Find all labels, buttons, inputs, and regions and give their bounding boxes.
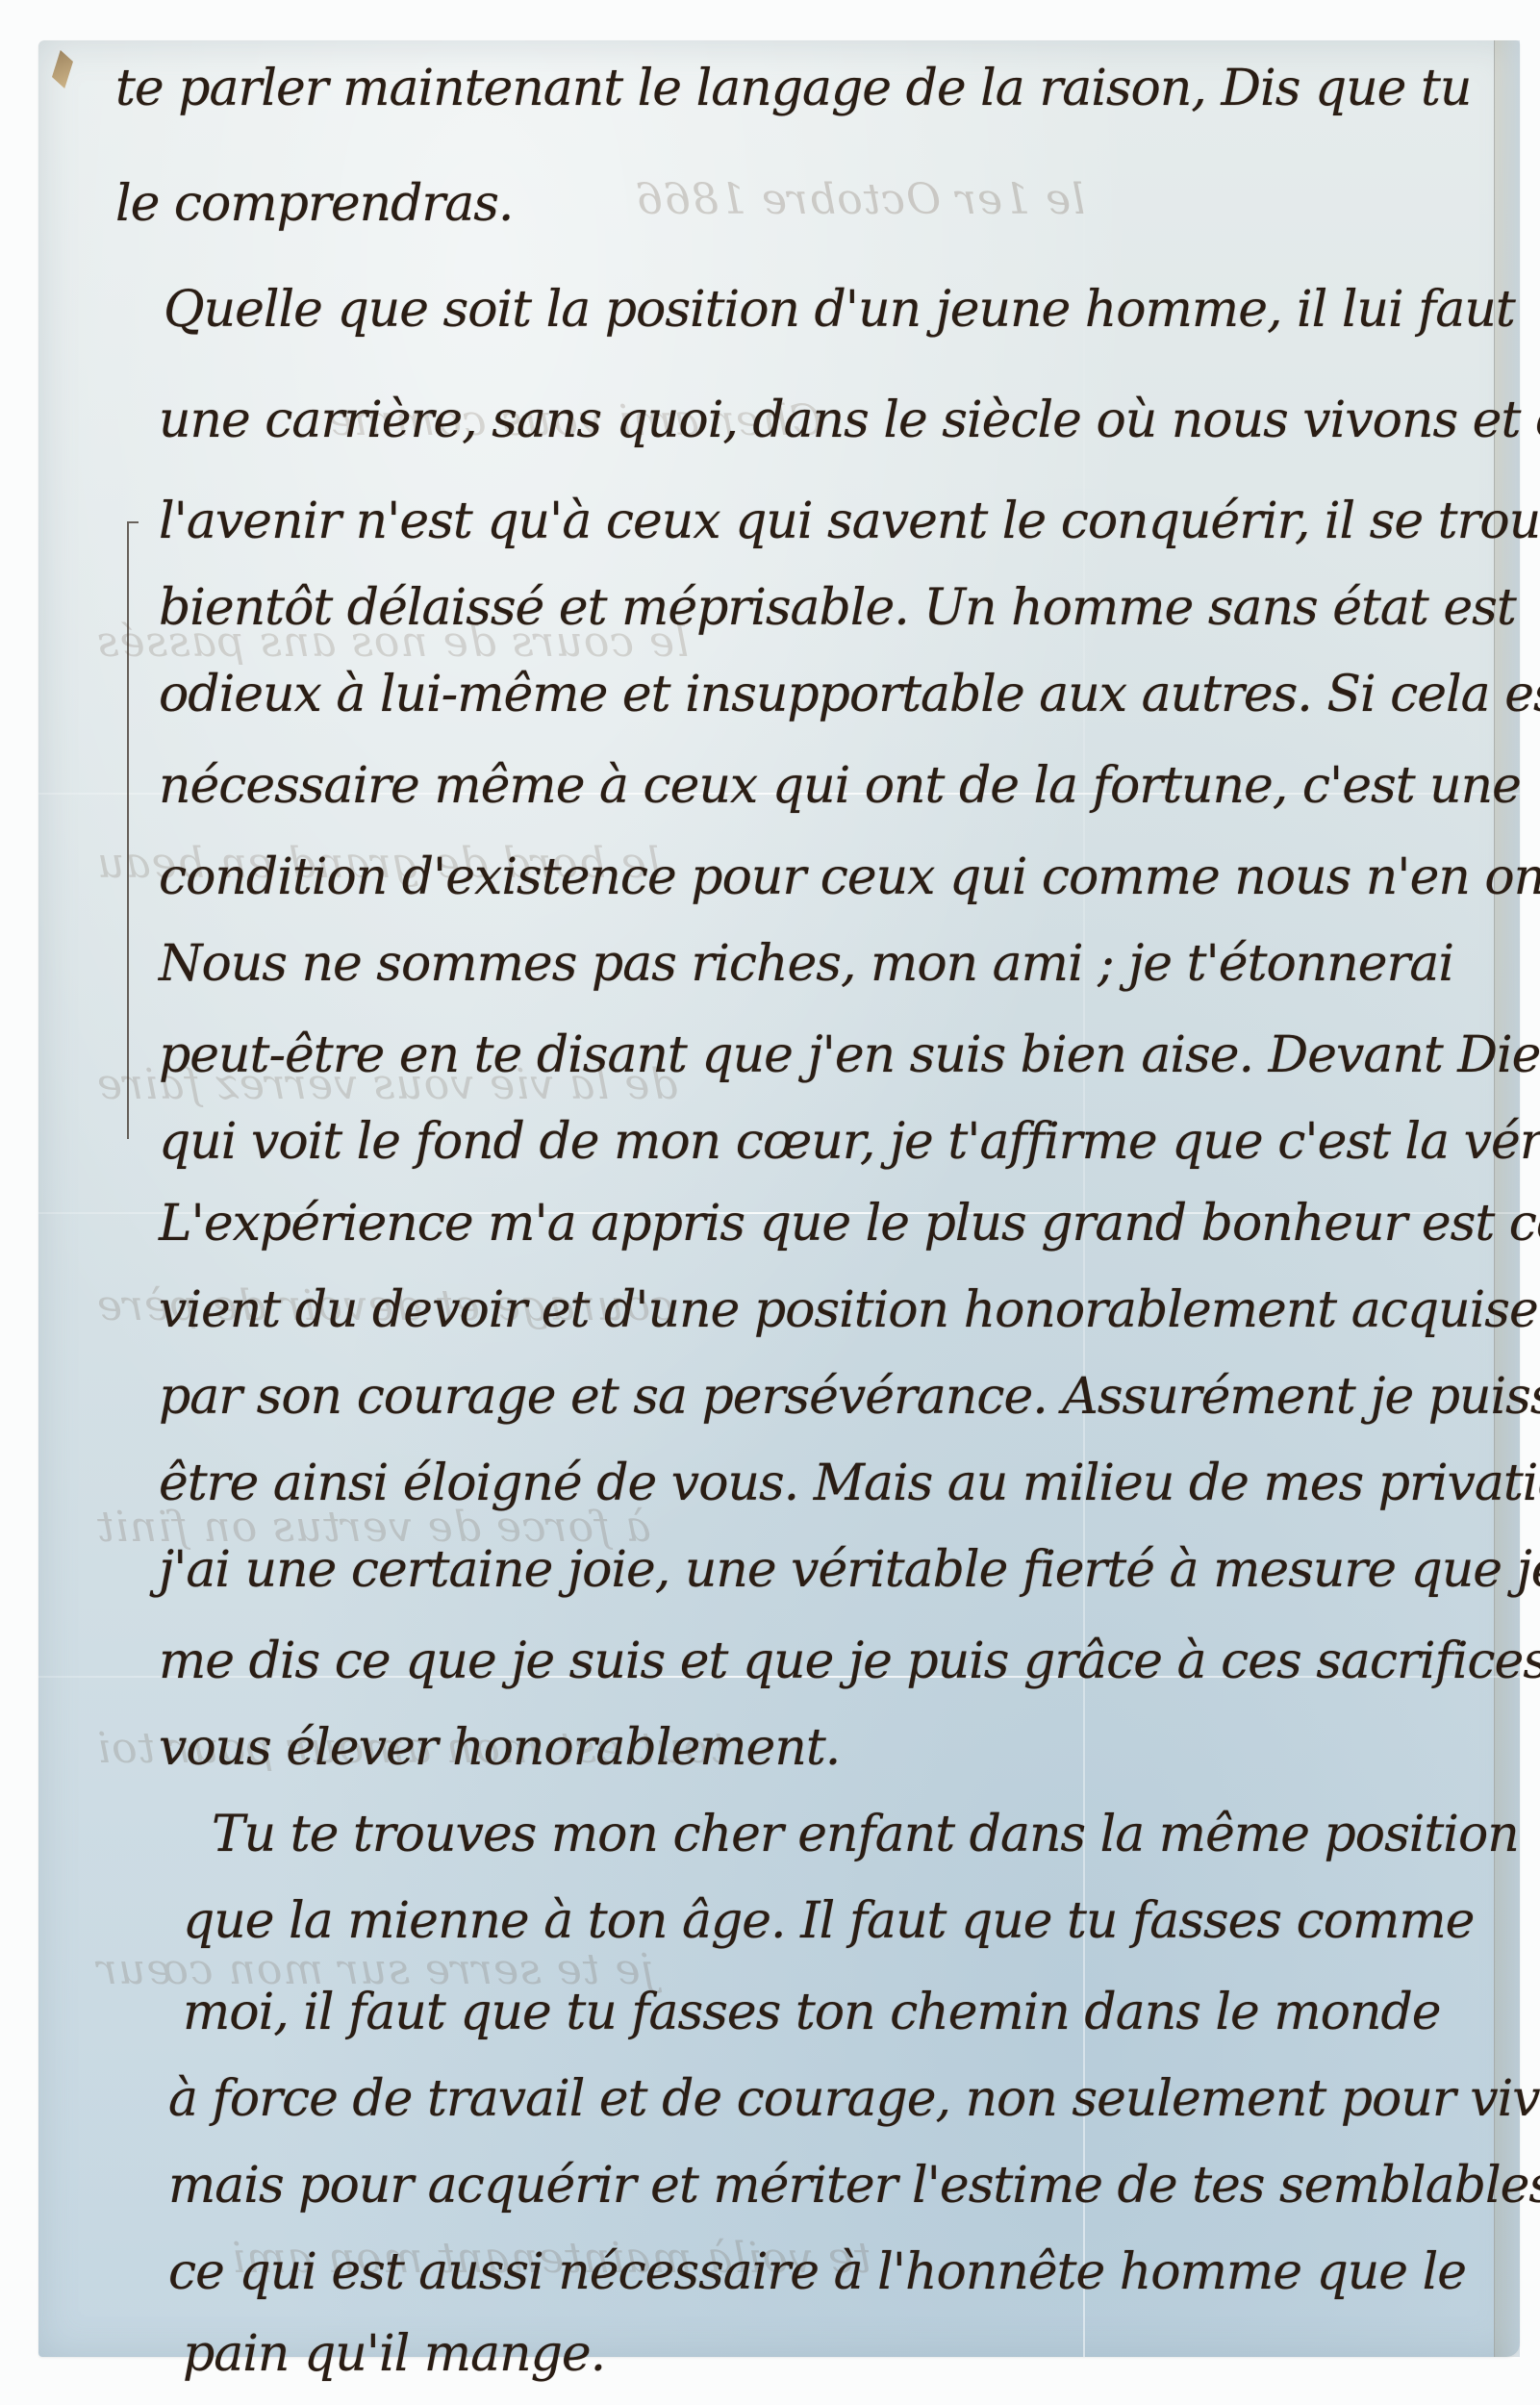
letter-page: le 1er Octobre 1866 Cher ami vous comme … (38, 40, 1520, 2357)
letter-line: que la mienne à ton âge. Il faut que tu … (183, 1892, 1474, 1950)
letter-line: peut-être en te disant que j'en suis bie… (159, 1026, 1540, 1084)
letter-line: qui voit le fond de mon cœur, je t'affir… (159, 1113, 1540, 1171)
letter-line: L'expérience m'a appris que le plus gran… (159, 1195, 1540, 1253)
letter-line: une carrière, sans quoi, dans le siècle … (159, 392, 1540, 449)
letter-line: Quelle que soit la position d'un jeune h… (164, 281, 1515, 339)
letter-line: bientôt délaissé et méprisable. Un homme… (159, 579, 1516, 637)
letter-line: me dis ce que je suis et que je puis grâ… (159, 1633, 1540, 1690)
margin-bracket-mark (127, 521, 139, 1139)
letter-line: j'ai une certaine joie, une véritable fi… (159, 1541, 1540, 1599)
letter-line: moi, il faut que tu fasses ton chemin da… (183, 1984, 1441, 2041)
letter-line: odieux à lui-même et insupportable aux a… (159, 666, 1540, 723)
letter-line: te parler maintenant le langage de la ra… (115, 60, 1471, 117)
show-through-date: le 1er Octobre 1866 (635, 175, 1085, 224)
letter-line: être ainsi éloigné de vous. Mais au mili… (159, 1455, 1540, 1512)
letter-line: par son courage et sa persévérance. Assu… (159, 1368, 1540, 1426)
letter-line: condition d'existence pour ceux qui comm… (159, 848, 1540, 906)
letter-line: nécessaire même à ceux qui ont de la for… (159, 757, 1521, 815)
letter-line: Tu te trouves mon cher enfant dans la mê… (212, 1806, 1519, 1863)
letter-line: pain qu'il mange. (183, 2325, 605, 2383)
letter-line: Nous ne sommes pas riches, mon ami ; je … (159, 935, 1453, 993)
torn-corner (52, 50, 73, 89)
letter-line: mais pour acquérir et mériter l'estime d… (168, 2157, 1540, 2215)
letter-line: le comprendras. (115, 175, 513, 233)
letter-line: à force de travail et de courage, non se… (168, 2070, 1540, 2128)
letter-line: ce qui est aussi nécessaire à l'honnête … (168, 2243, 1466, 2301)
letter-line: vient du devoir et d'une position honora… (159, 1281, 1538, 1339)
letter-line: vous élever honorablement. (159, 1719, 840, 1777)
letter-line: l'avenir n'est qu'à ceux qui savent le c… (159, 493, 1540, 550)
